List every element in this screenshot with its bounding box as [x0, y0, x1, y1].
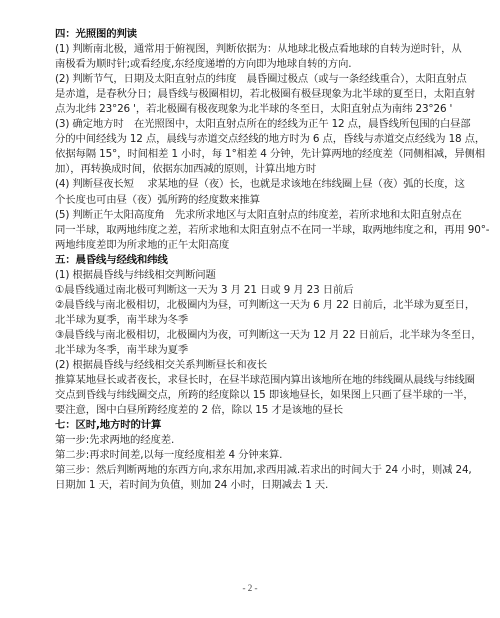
paragraph-line: 北半球为夏季，南半球为冬季 [55, 313, 475, 328]
paragraph-line: 分的中间经线为 12 点，晨线与赤道交点经线的地方时为 6 点，昏线与赤道交点经… [55, 132, 475, 147]
paragraph-line: (1) 根据晨昏线与纬线相交判断问题 [55, 268, 475, 283]
paragraph-line: (2) 根据晨昏线与经线相交关系判断昼长和夜长 [55, 358, 475, 373]
paragraph-line: 两地纬度差即为所求地的正午太阳高度 [55, 238, 475, 253]
paragraph-line: 第二步:再求时间差,以每一度经度相差 4 分钟来算. [55, 448, 475, 463]
paragraph-line: ①晨昏线通过南北极可判断这一天为 3 月 21 日或 9 月 23 日前后 [55, 283, 475, 298]
paragraph-line: (3) 确定地方时 在光照图中，太阳直射点所在的经线为正午 12 点，晨昏线所包… [55, 117, 475, 132]
paragraph-line: 是赤道，是春秋分日；晨昏线与极圈相切，若北极圈有极昼现象为北半球的夏至日，太阳直… [55, 87, 475, 102]
paragraph-line: 个长度也可由昼（夜）弧所跨的经度数来推算 [55, 193, 475, 208]
paragraph-line: (1) 判断南北极，通常用于俯视图，判断依据为：从地球北极点看地球的自转为逆时针… [55, 42, 475, 57]
paragraph-line: (2) 判断节气，日期及太阳直射点的纬度 晨昏圈过极点（或与一条经线重合），太阳… [55, 72, 475, 87]
section-heading-terminator: 五：晨昏线与经线和纬线 [55, 253, 475, 268]
section-heading-illumination: 四：光照图的判读 [55, 27, 475, 42]
paragraph-line: ③晨昏线与南北极相切，北极圈内为夜，可判断这一天为 12 月 22 日前后，北半… [55, 328, 475, 343]
paragraph-line: 要注意，图中白昼所跨经度差的 2 倍，除以 15 才是该地的昼长 [55, 403, 475, 418]
paragraph-line: (5) 判断正午太阳高度角 先求所求地区与太阳直射点的纬度差，若所求地和太阳直射… [55, 208, 475, 223]
paragraph-line: 交点到昏线与纬线圈交点，所跨的经度除以 15 即该地昼长，如果图上只画了昼半球的… [55, 388, 475, 403]
paragraph-line: 第三步：然后判断两地的东西方向,求东用加,求西用减.若求出的时间大于 24 小时… [55, 463, 475, 478]
paragraph-line: 同一半球，取两地纬度之差，若所求地和太阳直射点不在同一半球，取两地纬度之和，再用… [55, 223, 475, 238]
paragraph-line: 北半球为冬季，南半球为夏季 [55, 343, 475, 358]
document-page: 四：光照图的判读 (1) 判断南北极，通常用于俯视图，判断依据为：从地球北极点看… [55, 27, 475, 493]
paragraph-line: 点为北纬 23°26 '，若北极圈有极夜现象为北半球的冬至日，太阳直射点为南纬 … [55, 102, 475, 117]
page-number: - 2 - [0, 583, 500, 593]
paragraph-line: 依据每隔 15°，时间相差 1 小时，每 1°相差 4 分钟，先计算两地的经度差… [55, 147, 475, 162]
paragraph-line: 加），再转换成时间，依据东加西减的原则，计算出地方时 [55, 162, 475, 177]
section-heading-time-calculation: 七：区时,地方时的计算 [55, 418, 475, 433]
paragraph-line: ②晨昏线与南北极相切，北极圈内为昼，可判断这一天为 6 月 22 日前后，北半球… [55, 298, 475, 313]
paragraph-line: 推算某地昼长或者夜长，求昼长时，在昼半球范围内算出该地所在地的纬线圈从晨线与纬线… [55, 373, 475, 388]
paragraph-line: 第一步:先求两地的经度差. [55, 433, 475, 448]
paragraph-line: 南极看为顺时针;或看经度,东经度递增的方向即为地球自转的方向. [55, 57, 475, 72]
paragraph-line: 日期加 1 天，若时间为负值，则加 24 小时，日期减去 1 天. [55, 478, 475, 493]
paragraph-line: (4) 判断昼夜长短 求某地的昼（夜）长，也就是求该地在纬线圈上昼（夜）弧的长度… [55, 177, 475, 192]
